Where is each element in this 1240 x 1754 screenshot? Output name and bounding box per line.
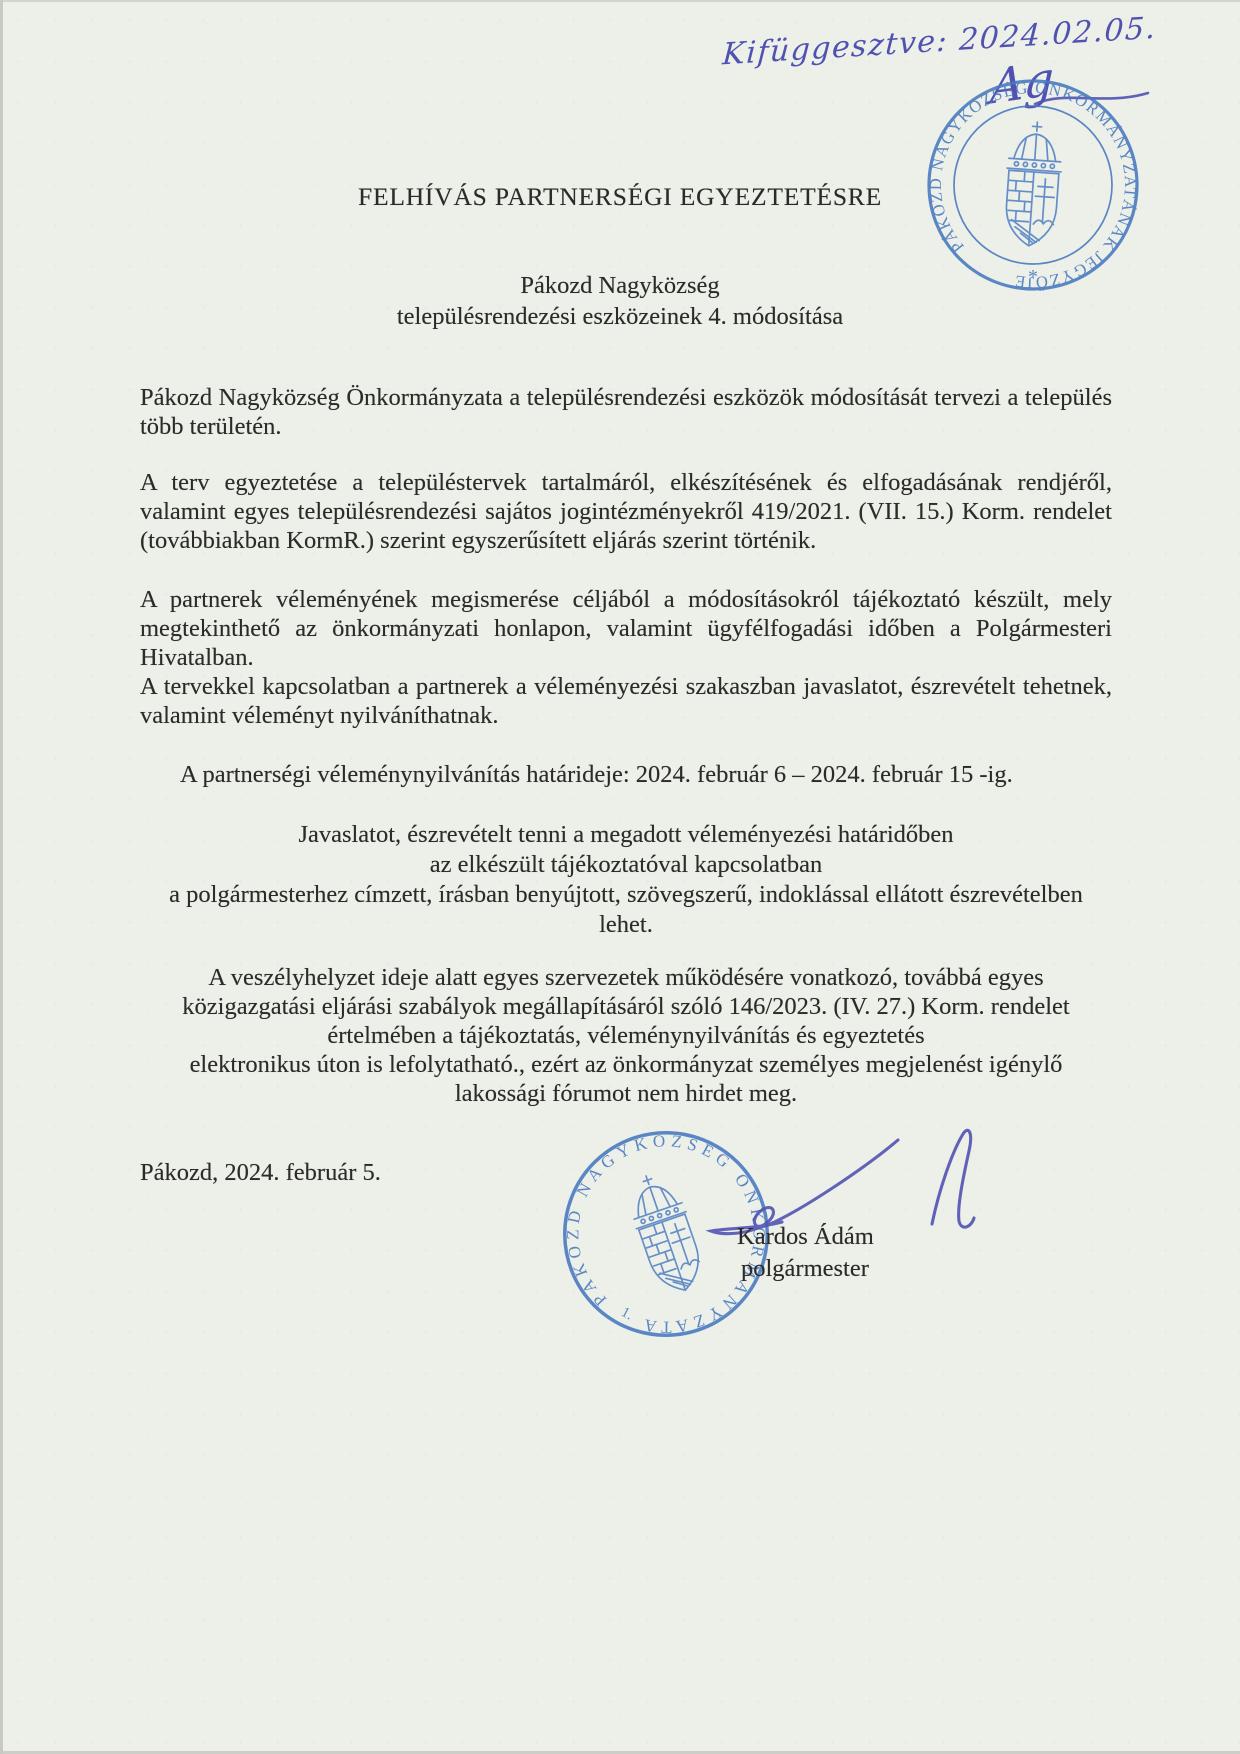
- paragraph-intent: Pákozd Nagyközség Önkormányzata a telepü…: [140, 383, 1112, 441]
- proposal-line: lehet.: [140, 910, 1112, 940]
- stamp-bottom-mark: 1.: [618, 1304, 635, 1323]
- emergency-line: lakossági fórumot nem hirdet meg.: [140, 1079, 1112, 1108]
- deadline-line: A partnerségi véleménynyilvánítás határi…: [140, 760, 1112, 789]
- signer-role: polgármester: [741, 1254, 869, 1283]
- proposal-line: az elkészült tájékoztatóval kapcsolatban: [140, 850, 1112, 880]
- paragraph-information: A partnerek véleményének megismerése cél…: [140, 585, 1112, 672]
- document-title: FELHÍVÁS PARTNERSÉGI EGYEZTETÉSRE: [0, 182, 1240, 211]
- emergency-line: közigazgatási eljárási szabályok megálla…: [140, 992, 1112, 1021]
- signer-name: Kardos Ádám: [737, 1222, 874, 1251]
- date-line: Pákozd, 2024. február 5.: [140, 1158, 381, 1187]
- scanned-document-page: Kifüggesztve: 2024.02.05. Ag PÁKOZD NAGY…: [0, 0, 1240, 1754]
- emergency-block: A veszélyhelyzet ideje alatt egyes szerv…: [140, 963, 1112, 1108]
- subtitle-line-2: településrendezési eszközeinek 4. módosí…: [0, 301, 1240, 332]
- emergency-line: értelmében a tájékoztatás, véleménynyilv…: [140, 1021, 1112, 1050]
- paragraph-group-information: A partnerek véleményének megismerése cél…: [140, 585, 1112, 730]
- paragraph-partners: A tervekkel kapcsolatban a partnerek a v…: [140, 672, 1112, 730]
- emergency-line: A veszélyhelyzet ideje alatt egyes szerv…: [140, 963, 1112, 992]
- document-subtitle: Pákozd Nagyközség településrendezési esz…: [0, 270, 1240, 332]
- emergency-line: elektronikus úton is lefolytatható., ezé…: [140, 1050, 1112, 1079]
- proposal-line: a polgármesterhez címzett, írásban benyú…: [140, 880, 1112, 910]
- proposal-line: Javaslatot, észrevételt tenni a megadott…: [140, 820, 1112, 850]
- proposal-block: Javaslatot, észrevételt tenni a megadott…: [140, 820, 1112, 940]
- handwritten-posting-note: Kifüggesztve: 2024.02.05.: [721, 11, 1157, 73]
- subtitle-line-1: Pákozd Nagyközség: [0, 270, 1240, 301]
- paragraph-procedure: A terv egyeztetése a településtervek tar…: [140, 468, 1112, 555]
